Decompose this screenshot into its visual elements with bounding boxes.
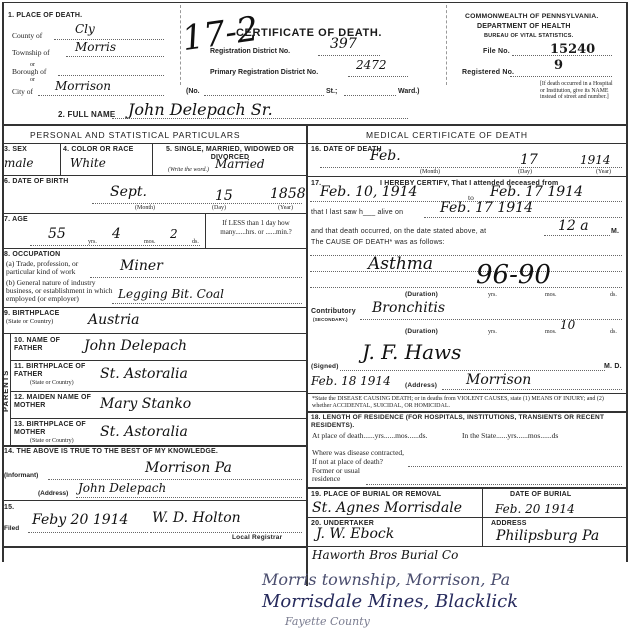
undertaker-value: J. W. Ebock (316, 526, 394, 542)
cause-line-2 (310, 270, 622, 272)
undertaker-address-value: Philipsburg Pa (496, 528, 599, 544)
age-line (30, 244, 200, 246)
contributory-label: Contributory (311, 308, 356, 315)
physician-address-label: (Address) (405, 382, 437, 389)
not-at-place-label: If not at place of death? (312, 458, 383, 466)
father-birthplace-label: 11. BIRTHPLACE OF FATHER (14, 363, 94, 379)
rule (306, 517, 627, 518)
ds-label: ds. (192, 238, 199, 246)
cause-code: 96-90 (476, 260, 551, 290)
occupation-a-line (90, 276, 302, 278)
occupation-b-line (112, 302, 302, 304)
dob-month: Sept. (110, 184, 147, 200)
place-of-death-label: 1. PLACE OF DEATH. (8, 12, 82, 19)
informant-address-value: John Delepach (78, 481, 166, 495)
date-of-death-day: 17 (520, 152, 538, 168)
rule (2, 307, 306, 308)
signed-date: Feb. 18 1914 (311, 374, 391, 388)
true-statement-label: 14. THE ABOVE IS TRUE TO THE BEST OF MY … (4, 448, 218, 455)
residence-in-state: In the State......yrs......mos......ds (462, 432, 622, 440)
primary-registration-value: 2472 (356, 58, 387, 72)
rule (306, 393, 627, 394)
primary-registration-line (348, 75, 408, 77)
ward-line (344, 94, 396, 96)
duration-label: (Duration) (405, 291, 438, 298)
city-line (38, 94, 164, 96)
rule (2, 333, 306, 334)
county-label: County of (12, 32, 42, 40)
rule (10, 418, 306, 419)
md-label: M. D. (604, 363, 622, 370)
attended-from: Feb. 10, 1914 (320, 184, 417, 200)
occupation-b-value: Legging Bit. Coal (118, 287, 224, 301)
personal-section-title: PERSONAL AND STATISTICAL PARTICULARS (30, 130, 240, 140)
cause-label: The CAUSE OF DEATH* was as follows: (311, 239, 445, 246)
divider (152, 143, 153, 175)
not-at-place-line (408, 465, 622, 467)
disease-contracted-label: Where was disease contracted, (312, 449, 404, 457)
parents-label: PARENTS (1, 370, 10, 412)
annotation-line1: Morris township, Morrison, Pa (262, 570, 510, 589)
divider (205, 213, 206, 248)
last-saw-line (424, 216, 622, 218)
occupation-a-label: (a) Trade, profession, or particular kin… (6, 260, 106, 276)
no-label: (No. (186, 88, 200, 96)
rule (2, 546, 306, 548)
father-birthplace-hint: (State or Country) (30, 379, 74, 387)
physician-signature: J. F. Haws (362, 340, 461, 364)
signed-line (340, 369, 605, 371)
rule (306, 487, 627, 489)
residence-label: 18. LENGTH OF RESIDENCE (FOR HOSPITALS, … (311, 414, 621, 429)
city-value: Morrison (55, 79, 111, 93)
full-name-label: 2. FULL NAME (58, 110, 115, 119)
age-label: 7. AGE (4, 216, 28, 223)
registered-no-value: 9 (554, 58, 563, 73)
undertaker-extra: Haworth Bros Burial Co (312, 548, 458, 562)
local-registrar-label: Local Registrar (232, 534, 282, 541)
rule (10, 360, 306, 361)
registration-district-value: 397 (330, 36, 357, 52)
dob-year: 1858 (270, 186, 306, 202)
township-value: Morris (75, 40, 116, 54)
date-of-death-month: Feb. (370, 148, 401, 164)
last-saw-label: that I last saw h___ alive on (311, 209, 403, 216)
full-name-value: John Delepach Sr. (128, 100, 273, 119)
header-rule (2, 124, 627, 126)
day-caption: (Day) (518, 168, 532, 176)
father-name-label: 10. NAME OF FATHER (14, 337, 84, 353)
residence-at-place: At place of death......yrs......mos.....… (312, 432, 462, 440)
ds-label: ds. (610, 291, 617, 299)
informant-label: (Informant) (4, 472, 38, 480)
rule (2, 248, 306, 249)
occupation-label: 8. OCCUPATION (4, 251, 60, 258)
sex-value: male (4, 156, 33, 170)
city-label: City of (12, 88, 33, 96)
race-label: 4. COLOR OR RACE (63, 146, 133, 153)
registration-district-label: Registration District No. (210, 48, 290, 56)
registered-no-line (510, 75, 612, 77)
month-caption: (Month) (135, 204, 155, 212)
divider (10, 333, 11, 445)
informant-value: Morrison Pa (145, 460, 232, 476)
divider (60, 143, 61, 175)
cause-value: Asthma (368, 254, 433, 274)
day-caption: (Day) (212, 204, 226, 212)
dob-day: 15 (215, 188, 233, 204)
mother-birthplace-value: St. Astoralia (100, 424, 188, 440)
birthplace-hint: (State or Country) (6, 318, 53, 326)
signed-label: (Signed) (311, 363, 339, 370)
father-birthplace-value: St. Astoralia (100, 366, 188, 382)
registrar-line (150, 531, 302, 533)
burial-date-value: Feb. 20 1914 (495, 502, 575, 516)
cause-footnote: *State the DISEASE CAUSING DEATH; or in … (312, 396, 622, 410)
or-label: or (30, 76, 35, 84)
dob-line (92, 202, 302, 204)
death-time-line (544, 234, 610, 236)
primary-registration-label: Primary Registration District No. (210, 69, 318, 77)
informant-line (48, 478, 302, 480)
year-caption: (Year) (596, 168, 611, 176)
former-residence-label: Former or usual residence (312, 467, 372, 483)
filed-label: Filed (4, 525, 19, 533)
yrs-label: yrs. (488, 328, 497, 336)
yrs-label: yrs. (88, 238, 97, 246)
marital-value: Married (215, 157, 265, 171)
physician-address-value: Morrison (466, 372, 531, 388)
contributory-value: Bronchitis (372, 300, 445, 316)
registered-no-label: Registered No. (462, 69, 514, 76)
contributory-duration-mos: 10 (560, 318, 575, 332)
filed-number: 15. (4, 504, 14, 511)
divider (482, 489, 483, 547)
annotation-line3: Fayette County (285, 615, 370, 628)
burial-date-label: DATE OF BURIAL (510, 491, 571, 498)
township-line (66, 55, 164, 57)
ds-label: ds. (610, 328, 617, 336)
occupation-a-value: Miner (120, 258, 163, 274)
annotation-line2: Morrisdale Mines, Blacklick (262, 591, 518, 612)
mother-name-value: Mary Stanko (100, 396, 191, 412)
agency-line1: COMMONWEALTH OF PENNSYLVANIA. (465, 13, 598, 20)
st-label: St.; (326, 88, 337, 96)
m-label: M. (611, 228, 619, 235)
right-border (626, 2, 628, 562)
sex-label: 3. SEX (4, 146, 27, 153)
undertaker-address-label: ADDRESS (491, 520, 527, 527)
dob-label: 6. DATE OF BIRTH (4, 178, 69, 185)
rule (10, 391, 306, 392)
birthplace-label: 9. BIRTHPLACE (4, 310, 60, 317)
mos-label: mos. (545, 291, 557, 299)
mother-birthplace-hint: (State or Country) (30, 437, 74, 445)
rule (306, 546, 627, 547)
mos-label: mos. (545, 328, 557, 336)
father-name-value: John Delepach (84, 338, 187, 354)
medical-section-title: MEDICAL CERTIFICATE OF DEATH (366, 130, 528, 140)
rule (306, 411, 627, 413)
birthplace-value: Austria (88, 312, 139, 328)
certificate-title: CERTIFICATE OF DEATH. (236, 27, 382, 39)
rule (2, 500, 306, 501)
physician-address-line (442, 388, 622, 390)
mos-label: mos. (144, 238, 156, 246)
cause-line-1 (310, 254, 622, 256)
burial-place-value: St. Agnes Morrisdale (312, 500, 462, 516)
death-time-value: 12 a (558, 218, 589, 234)
file-no-label: File No. (483, 48, 510, 55)
filed-value: Feby 20 1914 (32, 512, 128, 528)
year-caption: (Year) (278, 204, 293, 212)
date-of-death-line (320, 166, 622, 168)
borough-line (58, 74, 164, 76)
age-days: 2 (170, 227, 178, 241)
borough-label: Borough of (12, 68, 46, 76)
contrib-duration-label: (Duration) (405, 328, 438, 335)
rule (2, 175, 306, 176)
date-of-death-year: 1914 (580, 153, 611, 167)
rule (2, 143, 306, 144)
cause-line-3 (310, 286, 622, 288)
rule (306, 143, 627, 144)
last-saw-value: Feb. 17 1914 (440, 200, 533, 216)
agency-line2: DEPARTMENT OF HEALTH (477, 23, 571, 30)
agency-line3: BUREAU OF VITAL STATISTICS. (484, 33, 573, 39)
ward-label: Ward.) (398, 88, 420, 96)
filed-line (28, 531, 148, 533)
burial-place-label: 19. PLACE OF BURIAL OR REMOVAL (311, 491, 441, 498)
informant-address-label: (Address) (38, 490, 68, 498)
rule (2, 213, 306, 214)
informant-address-line (76, 496, 302, 498)
county-value: Cly (75, 22, 95, 36)
month-caption: (Month) (420, 168, 440, 176)
age-years: 55 (48, 226, 66, 242)
mother-name-label: 12. MAIDEN NAME OF MOTHER (14, 394, 104, 410)
hospital-note: [If death occurred in a Hospital or Inst… (540, 81, 618, 101)
yrs-label: yrs. (488, 291, 497, 299)
township-label: Township of (12, 49, 50, 57)
occupation-b-label: (b) General nature of industry business,… (6, 279, 118, 303)
less-than-day-note: If LESS than 1 day how many......hrs. or… (209, 219, 303, 237)
age-months: 4 (112, 226, 121, 242)
top-rule (2, 2, 627, 3)
mother-birthplace-label: 13. BIRTHPLACE OF MOTHER (14, 421, 94, 437)
death-time-label: and that death occurred, on the date sta… (311, 228, 486, 235)
rule (306, 176, 627, 177)
attended-to: Feb. 17 1914 (490, 184, 583, 200)
contributory-line (360, 318, 622, 320)
race-value: White (70, 156, 106, 170)
rule (2, 445, 306, 447)
former-residence-line (366, 483, 622, 485)
marital-hint: (Write the word.) (168, 166, 209, 174)
registrar-signature: W. D. Holton (152, 510, 241, 526)
file-no-value: 15240 (550, 42, 595, 57)
registration-district-line (318, 54, 380, 56)
secondary-label: (SECONDARY.) (313, 317, 348, 322)
street-line (204, 94, 324, 96)
